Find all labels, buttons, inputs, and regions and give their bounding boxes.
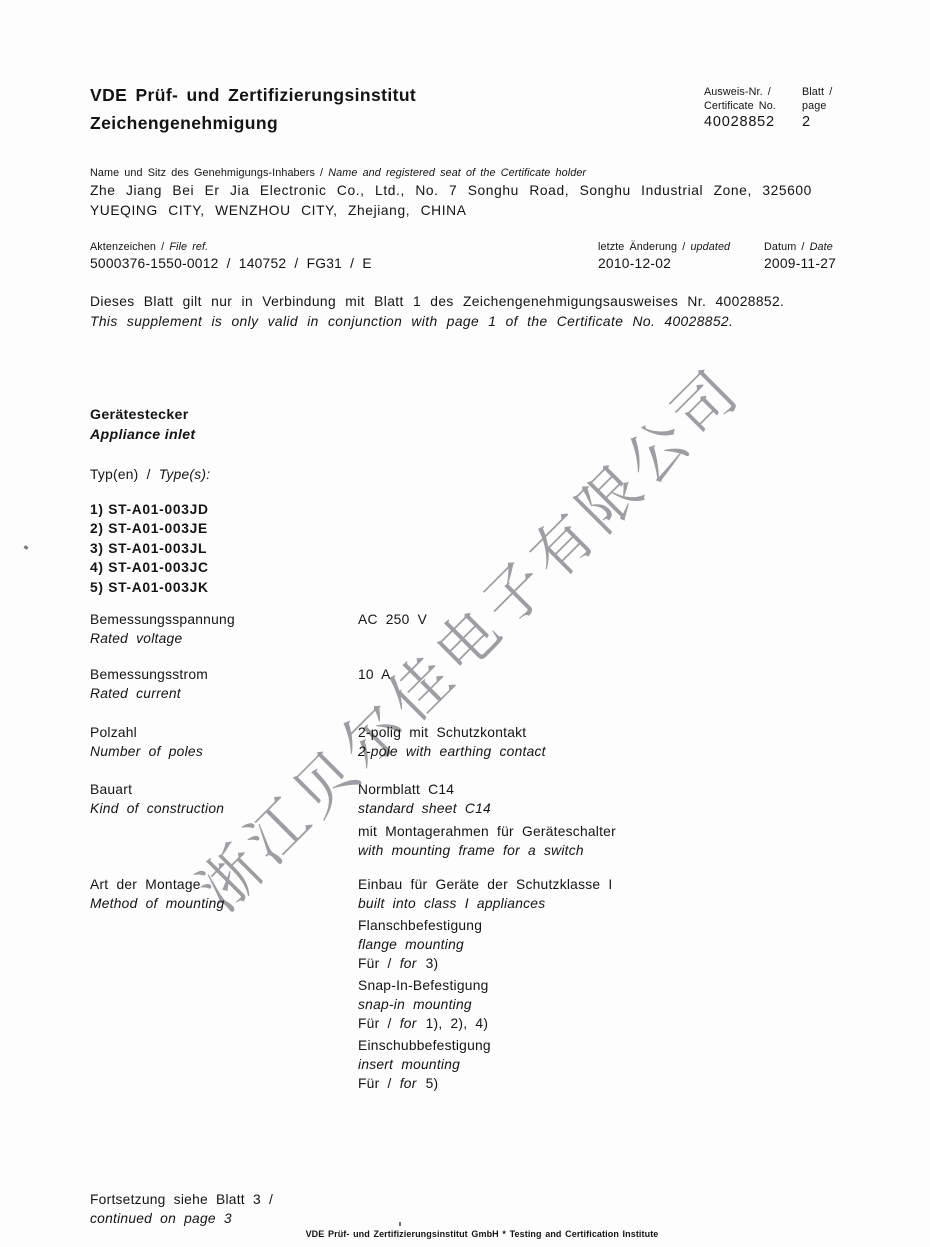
- spec-value-line: built into class I appliances: [358, 896, 545, 911]
- spec-label-de: Art der Montage: [90, 877, 201, 892]
- type-item: 3) ST-A01-003JL: [90, 541, 207, 556]
- spec-value-line: Flanschbefestigung: [358, 918, 482, 933]
- for-label-de: Für /: [358, 1016, 400, 1031]
- spec-value-line: mit Montagerahmen für Geräteschalter: [358, 824, 616, 839]
- spec-label-de: Polzahl: [90, 725, 137, 740]
- date-label-en: Date: [810, 241, 833, 253]
- for-label-de: Für /: [358, 1076, 400, 1091]
- holder-label: Name und Sitz des Genehmigungs-Inhabers …: [90, 167, 586, 179]
- date-label: Datum / Date: [764, 241, 833, 253]
- for-refs: 5): [426, 1076, 439, 1091]
- spec-value-line: with mounting frame for a switch: [358, 843, 584, 858]
- certificate-number: 40028852: [704, 114, 775, 130]
- ink-speck: [399, 1222, 401, 1226]
- for-label-en: for: [400, 956, 417, 971]
- updated-label-en: updated: [690, 241, 730, 253]
- for-label-de: Für /: [358, 956, 400, 971]
- holder-label-en: Name and registered seat of the Certific…: [328, 167, 586, 179]
- spec-value-for-line: Für / for5): [358, 1076, 438, 1091]
- spec-value-line: standard sheet C14: [358, 801, 491, 816]
- spec-label-de: Bauart: [90, 782, 132, 797]
- title-line-2: Zeichengenehmigung: [90, 113, 278, 134]
- validity-note-de: Dieses Blatt gilt nur in Verbindung mit …: [90, 294, 784, 309]
- spec-value-line: flange mounting: [358, 937, 464, 952]
- spec-value-line: insert mounting: [358, 1057, 460, 1072]
- types-label-de: Typ(en) /: [90, 467, 159, 482]
- type-item: 1) ST-A01-003JD: [90, 502, 209, 517]
- continued-note-de: Fortsetzung siehe Blatt 3 /: [90, 1192, 273, 1207]
- certificate-no-label: Ausweis-Nr. /: [704, 86, 771, 98]
- spec-label-de: Bemessungsstrom: [90, 667, 208, 682]
- certificate-no-label-de: Ausweis-Nr. /: [704, 86, 771, 98]
- ink-speck: [24, 545, 29, 550]
- file-ref-label-en: File ref.: [169, 241, 208, 253]
- document-page: 浙江贝尔佳电子有限公司 VDE Prüf- und Zertifizierung…: [0, 0, 930, 1247]
- spec-value-line: snap-in mounting: [358, 997, 472, 1012]
- spec-label-en: Rated current: [90, 686, 181, 701]
- spec-value-for-line: Für / for1), 2), 4): [358, 1016, 488, 1031]
- spec-value-line: Einschubbefestigung: [358, 1038, 491, 1053]
- validity-note-en: This supplement is only valid in conjunc…: [90, 314, 733, 329]
- spec-value-line: 10 A: [358, 667, 391, 682]
- page-label-en: page: [802, 100, 826, 112]
- file-ref-value: 5000376-1550-0012 / 140752 / FG31 / E: [90, 256, 372, 271]
- holder-address-line2: YUEQING CITY, WENZHOU CITY, Zhejiang, CH…: [90, 203, 467, 218]
- type-item: 4) ST-A01-003JC: [90, 560, 209, 575]
- spec-value-for-line: Für / for3): [358, 956, 438, 971]
- spec-label-en: Method of mounting: [90, 896, 224, 911]
- updated-value: 2010-12-02: [598, 256, 671, 271]
- file-ref-label: Aktenzeichen / File ref.: [90, 241, 208, 253]
- date-value: 2009-11-27: [764, 256, 836, 271]
- spec-value-line: Normblatt C14: [358, 782, 454, 797]
- holder-address-line1: Zhe Jiang Bei Er Jia Electronic Co., Ltd…: [90, 183, 812, 198]
- spec-label-en: Kind of construction: [90, 801, 224, 816]
- spec-label-en: Rated voltage: [90, 631, 182, 646]
- spec-value-line: AC 250 V: [358, 612, 427, 627]
- spec-label-en: Number of poles: [90, 744, 203, 759]
- spec-value-line: 2-pole with earthing contact: [358, 744, 546, 759]
- types-label-en: Type(s):: [159, 467, 211, 482]
- spec-value-line: 2-polig mit Schutzkontakt: [358, 725, 526, 740]
- certificate-no-label-en: Certificate No.: [704, 100, 776, 112]
- for-refs: 3): [426, 956, 439, 971]
- type-item: 2) ST-A01-003JE: [90, 521, 208, 536]
- for-label-en: for: [400, 1016, 417, 1031]
- title-line-1: VDE Prüf- und Zertifizierungsinstitut: [90, 85, 416, 106]
- product-name-de: Gerätestecker: [90, 407, 189, 423]
- updated-label-de: letzte Änderung /: [598, 241, 690, 253]
- company-watermark: 浙江贝尔佳电子有限公司: [176, 345, 758, 927]
- file-ref-label-de: Aktenzeichen /: [90, 241, 169, 253]
- spec-value-line: Einbau für Geräte der Schutzklasse I: [358, 877, 612, 892]
- spec-value-line: Snap-In-Befestigung: [358, 978, 489, 993]
- for-refs: 1), 2), 4): [426, 1016, 489, 1031]
- continued-note-en: continued on page 3: [90, 1211, 232, 1226]
- date-label-de: Datum /: [764, 241, 810, 253]
- holder-label-de: Name und Sitz des Genehmigungs-Inhabers …: [90, 167, 328, 179]
- product-name-en: Appliance inlet: [90, 427, 195, 443]
- updated-label: letzte Änderung / updated: [598, 241, 730, 253]
- types-label: Typ(en) / Type(s):: [90, 467, 210, 482]
- spec-label-de: Bemessungsspannung: [90, 612, 235, 627]
- page-number: 2: [802, 114, 811, 130]
- type-item: 5) ST-A01-003JK: [90, 580, 209, 595]
- for-label-en: for: [400, 1076, 417, 1091]
- institute-footer: VDE Prüf- und Zertifizierungsinstitut Gm…: [306, 1229, 659, 1239]
- page-label-de: Blatt /: [802, 86, 832, 98]
